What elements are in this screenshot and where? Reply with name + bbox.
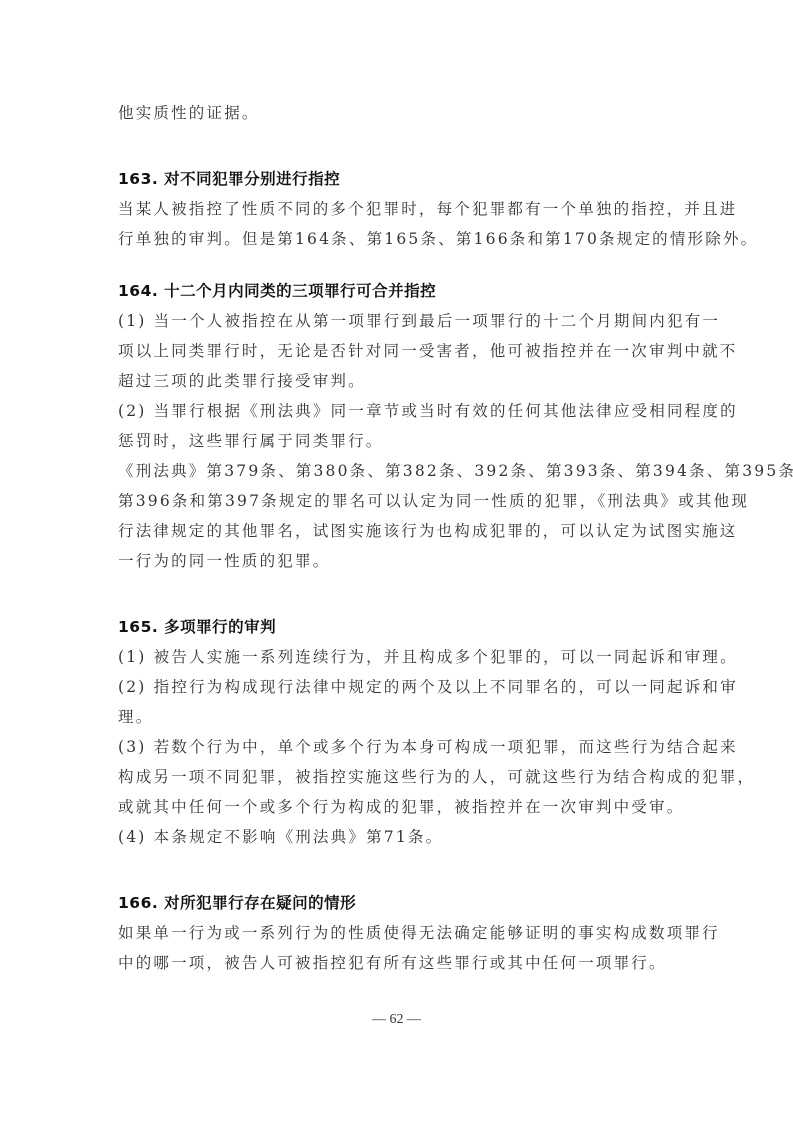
intro-tail-text: 他实质性的证据。 — [118, 98, 683, 128]
section-164: 164. 十二个月内同类的三项罪行可合并指控 (1) 当一个人被指控在从第一项罪… — [118, 276, 683, 576]
section-166: 166. 对所犯罪行存在疑问的情形 如果单一行为或一系列行为的性质使得无法确定能… — [118, 888, 683, 978]
paragraph-line: 当某人被指控了性质不同的多个犯罪时，每个犯罪都有一个单独的指控，并且进 — [118, 194, 683, 224]
section-heading: 166. 对所犯罪行存在疑问的情形 — [118, 888, 683, 918]
section-heading: 163. 对不同犯罪分别进行指控 — [118, 164, 683, 194]
paragraph-line: 一行为的同一性质的犯罪。 — [118, 546, 683, 576]
paragraph-line: (4) 本条规定不影响《刑法典》第71条。 — [118, 822, 683, 852]
paragraph-line: 行单独的审判。但是第164条、第165条、第166条和第170条规定的情形除外。 — [118, 224, 683, 254]
page-number: — 62 — — [0, 1012, 793, 1028]
paragraph-line: (2) 当罪行根据《刑法典》同一章节或当时有效的任何其他法律应受相同程度的 — [118, 396, 683, 426]
paragraph-line: 第396条和第397条规定的罪名可以认定为同一性质的犯罪，《刑法典》或其他现 — [118, 486, 683, 516]
section-165: 165. 多项罪行的审判 (1) 被告人实施一系列连续行为，并且构成多个犯罪的，… — [118, 612, 683, 852]
paragraph-line: 或就其中任何一个或多个行为构成的犯罪，被指控并在一次审判中受审。 — [118, 792, 683, 822]
section-heading: 165. 多项罪行的审判 — [118, 612, 683, 642]
paragraph-line: (3) 若数个行为中，单个或多个行为本身可构成一项犯罪，而这些行为结合起来 — [118, 732, 683, 762]
paragraph-line: (2) 指控行为构成现行法律中规定的两个及以上不同罪名的，可以一同起诉和审 — [118, 672, 683, 702]
paragraph-line: 《刑法典》第379条、第380条、第382条、392条、第393条、第394条、… — [118, 456, 683, 486]
paragraph-line: 超过三项的此类罪行接受审判。 — [118, 366, 683, 396]
paragraph-line: 中的哪一项，被告人可被指控犯有所有这些罪行或其中任何一项罪行。 — [118, 948, 683, 978]
paragraph-line: (1) 被告人实施一系列连续行为，并且构成多个犯罪的，可以一同起诉和审理。 — [118, 642, 683, 672]
paragraph-line: 理。 — [118, 702, 683, 732]
paragraph-line: 构成另一项不同犯罪，被指控实施这些行为的人，可就这些行为结合构成的犯罪， — [118, 762, 683, 792]
paragraph-line: 惩罚时，这些罪行属于同类罪行。 — [118, 426, 683, 456]
paragraph-line: 行法律规定的其他罪名，试图实施该行为也构成犯罪的，可以认定为试图实施这 — [118, 516, 683, 546]
document-page: 他实质性的证据。 163. 对不同犯罪分别进行指控 当某人被指控了性质不同的多个… — [118, 98, 683, 978]
paragraph-line: 如果单一行为或一系列行为的性质使得无法确定能够证明的事实构成数项罪行 — [118, 918, 683, 948]
section-163: 163. 对不同犯罪分别进行指控 当某人被指控了性质不同的多个犯罪时，每个犯罪都… — [118, 164, 683, 254]
paragraph-line: (1) 当一个人被指控在从第一项罪行到最后一项罪行的十二个月期间内犯有一 — [118, 306, 683, 336]
paragraph-line: 项以上同类罪行时，无论是否针对同一受害者，他可被指控并在一次审判中就不 — [118, 336, 683, 366]
section-heading: 164. 十二个月内同类的三项罪行可合并指控 — [118, 276, 683, 306]
